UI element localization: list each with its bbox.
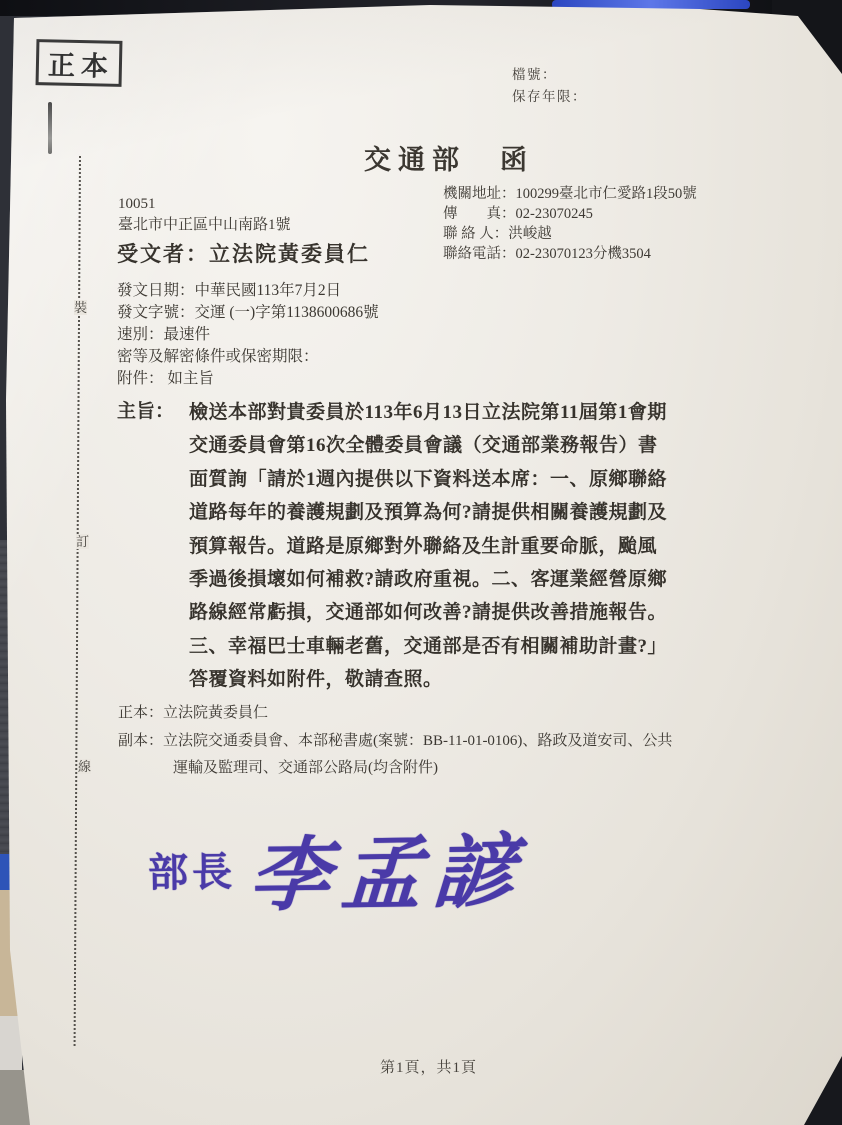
agency-phone: 聯絡電話：02-23070123分機3504 [443, 244, 697, 264]
subject-section: 主旨： 檢送本部對貴委員於113年6月13日立法院第11屆第1會期 交通委員會第… [117, 396, 757, 697]
subject-line: 三、幸福巴士車輛老舊，交通部是否有相關補助計畫?」 [189, 630, 757, 663]
binding-dotted-line [74, 156, 81, 1046]
subject-line: 檢送本部對貴委員於113年6月13日立法院第11屆第1會期 [189, 396, 757, 429]
sender-address: 臺北市中正區中山南路1號 [118, 215, 291, 236]
page-number-footer: 第1頁，共1頁 [380, 1056, 477, 1077]
subject-line: 季過後損壞如何補救?請政府重視。二、客運業經營原鄉 [189, 563, 757, 596]
sender-zip: 10051 [118, 194, 291, 215]
document-photo: 正本 裝 訂 線 檔號： 保存年限： 交通部 函 機關地址：100299臺北市仁… [0, 0, 842, 1125]
file-number-label: 檔號： [512, 64, 587, 86]
cc-recipients-line1: 副本：立法院交通委員會、本部秘書處(案號：BB-11-01-0106)、路政及道… [118, 728, 672, 756]
minister-signature: 部長 李孟諺 [147, 807, 527, 927]
agency-contact-block: 機關地址：100299臺北市仁愛路1段50號 傳 真：02-23070245 聯… [443, 184, 697, 264]
subject-line: 路線經常虧損，交通部如何改善?請提供改善措施報告。 [189, 596, 757, 629]
binding-mark-zhuang: 裝 [74, 300, 87, 315]
file-number-block: 檔號： 保存年限： [512, 64, 587, 108]
agency-contact-person: 聯 絡 人：洪峻越 [443, 224, 697, 244]
binding-mark-xian: 線 [78, 759, 91, 774]
signature-title: 部長 [148, 840, 237, 898]
retention-period-label: 保存年限： [512, 86, 587, 108]
priority-level: 速別：最速件 [117, 324, 379, 346]
original-copy-stamp: 正本 [36, 39, 123, 87]
subject-line: 面質詢「請於1週內提供以下資料送本席：一、原鄉聯絡 [189, 463, 757, 496]
attachment-note: 附件： 如主旨 [117, 368, 379, 390]
security-classification: 密等及解密條件或保密期限： [117, 346, 379, 368]
signature-name: 李孟諺 [247, 807, 529, 926]
issue-date: 發文日期：中華民國113年7月2日 [117, 280, 379, 302]
document-number: 發文字號：交運 (一)字第1138600686號 [117, 302, 379, 324]
distribution-block: 正本：立法院黃委員仁 副本：立法院交通委員會、本部秘書處(案號：BB-11-01… [118, 700, 672, 783]
paper-sheet: 正本 裝 訂 線 檔號： 保存年限： 交通部 函 機關地址：100299臺北市仁… [0, 0, 842, 1125]
subject-line: 答覆資料如附件，敬請查照。 [189, 663, 757, 696]
subject-label: 主旨： [117, 396, 174, 423]
recipient-line: 受文者：立法院黃委員仁 [117, 238, 370, 268]
cc-recipients-line2: 運輸及監理司、交通部公路局(均含附件) [173, 755, 672, 783]
handwritten-tick-mark [48, 102, 52, 154]
sender-address-block: 10051 臺北市中正區中山南路1號 [118, 194, 291, 236]
subject-line: 交通委員會第16次全體委員會議（交通部業務報告）書 [189, 429, 757, 462]
subject-line: 預算報告。道路是原鄉對外聯絡及生計重要命脈，颱風 [189, 530, 757, 563]
agency-fax: 傳 真：02-23070245 [443, 204, 697, 224]
document-meta-block: 發文日期：中華民國113年7月2日 發文字號：交運 (一)字第113860068… [117, 280, 379, 390]
document-title: 交通部 函 [364, 138, 534, 177]
original-recipient-line: 正本：立法院黃委員仁 [118, 700, 672, 728]
agency-address: 機關地址：100299臺北市仁愛路1段50號 [443, 184, 697, 204]
subject-line: 道路每年的養護規劃及預算為何?請提供相關養護規劃及 [189, 496, 757, 529]
subject-body: 檢送本部對貴委員於113年6月13日立法院第11屆第1會期 交通委員會第16次全… [189, 396, 757, 697]
binding-mark-ding: 訂 [76, 534, 89, 549]
